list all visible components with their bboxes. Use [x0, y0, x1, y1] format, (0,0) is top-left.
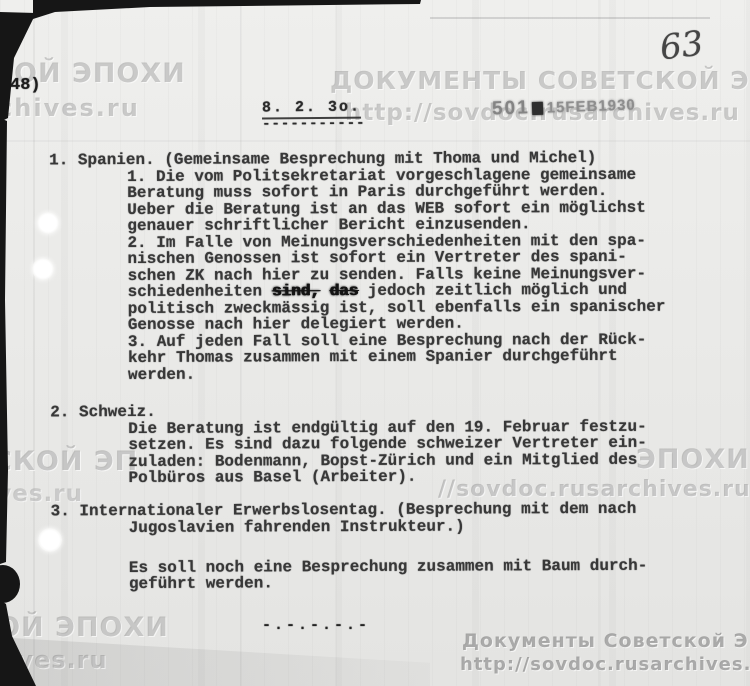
punch-hole: [38, 528, 62, 552]
punch-hole: [37, 212, 59, 234]
scan-edge-artifacts: [0, 0, 750, 686]
scanned-document-page: ОЙ ЭПОХИ archives.ru ДОКУМЕНТЫ СОВЕТСКОЙ…: [0, 0, 750, 686]
punch-hole: [32, 258, 54, 280]
